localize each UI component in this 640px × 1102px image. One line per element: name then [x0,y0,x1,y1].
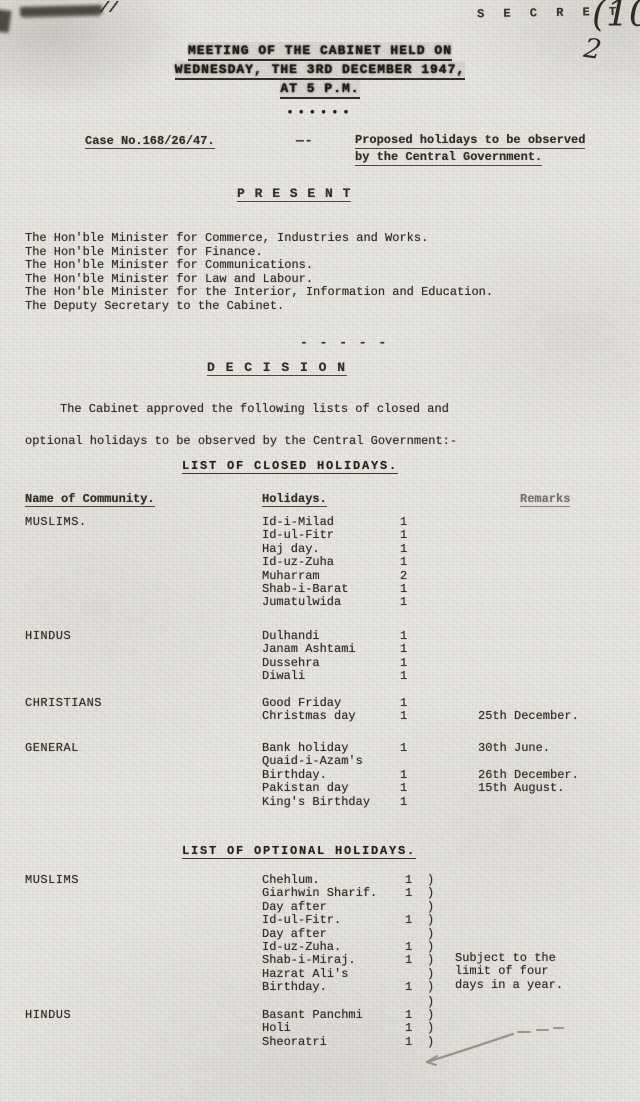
attendee: The Deputy Secretary to the Cabinet. [25,300,493,314]
holiday-count: 1 [405,887,427,900]
attendee: The Hon'ble Minister for Commerce, Indus… [25,232,493,246]
subject-heading: Proposed holidays to be observed by the … [355,132,585,166]
table-row: Id-ul-Fitr.1) [262,914,637,927]
ink-blob [0,9,11,33]
holiday-count: 1 [405,914,427,927]
community-label: CHRISTIANS [25,697,102,710]
column-header-holidays: Holidays. [262,492,327,507]
table-row: Giarhwin Sharif.1) [262,887,637,900]
case-dash: —- [296,133,314,148]
decision-paragraph-line-1: The Cabinet approved the following lists… [60,402,449,416]
holiday-count: 1 [400,556,430,569]
table-row: Pakistan day115th August. [262,782,637,795]
holiday-rows: Chehlum.1) Giarhwin Sharif.1) Day after)… [262,874,637,995]
holiday-remark: 30th June. [430,742,550,755]
attendee: The Hon'ble Minister for the Interior, I… [25,286,493,300]
table-row: Diwali1 [262,670,637,683]
holiday-name: Jumatulwida [262,596,400,609]
holiday-rows: Id-i-Milad1 Id-ul-Fitr1 Haj day.1 Id-uz-… [262,516,637,610]
holiday-name: Holi [262,1022,405,1035]
table-row: Id-ul-Fitr1 [262,529,637,542]
holiday-count: 1 [400,670,430,683]
separator-dashes: - - - - - [300,335,388,350]
document-title: MEETING OF THE CABINET HELD ON WEDNESDAY… [0,42,640,99]
decision-paragraph-line-2: optional holidays to be observed by the … [25,434,457,448]
table-row: Dussehra1 [262,657,637,670]
table-row: Christmas day125th December. [262,710,637,723]
community-label: MUSLIMS. [25,516,87,529]
holiday-name: Janam Ashtami [262,643,400,656]
community-label: GENERAL [25,742,79,755]
holiday-rows: Good Friday1 Christmas day125th December… [262,697,637,724]
brace: ) [427,954,443,967]
title-line-2: WEDNESDAY, THE 3RD DECEMBER 1947, [175,61,465,80]
table-row: Id-uz-Zuha1 [262,556,637,569]
holiday-name: Birthday. [262,981,405,994]
closed-group-muslims: MUSLIMS. Id-i-Milad1 Id-ul-Fitr1 Haj day… [25,516,637,610]
attendee-list: The Hon'ble Minister for Commerce, Indus… [25,232,493,313]
holiday-name: King's Birthday [262,796,400,809]
separator-dots: •••••• [0,106,640,120]
community-label: HINDUS [25,1009,71,1022]
holiday-remark: 25th December. [430,710,579,723]
optional-holidays-title: LIST OF OPTIONAL HOLIDAYS. [182,844,416,859]
holiday-name: Christmas day [262,710,400,723]
attendee: The Hon'ble Minister for Law and Labour. [25,273,493,287]
subject-line-2: by the Central Government. [355,149,542,166]
table-row: Birthday.1) [262,981,637,994]
holiday-count: 1 [400,710,430,723]
brace: ) [427,981,443,994]
holiday-name: Id-ul-Fitr. [262,914,405,927]
slash-mark: // [100,0,118,17]
decision-heading: D E C I S I O N [207,360,347,376]
brace: ) [427,995,434,1009]
holiday-rows: Bank holiday130th June. Quaid-i-Azam's B… [262,742,637,809]
table-row: Shab-i-Miraj.1) [262,954,637,967]
holiday-count: 1 [405,954,427,967]
holiday-name: Diwali [262,670,400,683]
holiday-name: Sheoratri [262,1036,405,1049]
document-page: // S E C R E T (10 2 MEETING OF THE CABI… [0,0,640,1102]
holiday-count: 1 [400,796,430,809]
note-line-3: days in a year. [455,979,563,992]
table-row: Jumatulwida1 [262,596,637,609]
holiday-rows: Dulhandi1 Janam Ashtami1 Dussehra1 Diwal… [262,630,637,684]
column-header-remarks: Remarks [520,492,570,507]
holiday-count: 1 [405,981,427,994]
table-row: Janam Ashtami1 [262,643,637,656]
holiday-name: Id-ul-Fitr [262,529,400,542]
note-line-2: limit of four [455,965,563,978]
closed-group-christians: CHRISTIANS Good Friday1 Christmas day125… [25,697,637,724]
closed-group-general: GENERAL Bank holiday130th June. Quaid-i-… [25,742,637,809]
closed-group-hindus: HINDUS Dulhandi1 Janam Ashtami1 Dussehra… [25,630,637,684]
brace: ) [427,914,443,927]
present-heading: P R E S E N T [237,186,351,202]
subject-line-1: Proposed holidays to be observed [355,132,585,149]
holiday-count: 1 [400,782,430,795]
table-row: Quaid-i-Azam's [262,755,637,768]
holiday-name: Quaid-i-Azam's [262,755,400,768]
holiday-name: Pakistan day [262,782,400,795]
holiday-name: Giarhwin Sharif. [262,887,405,900]
column-header-community: Name of Community. [25,492,155,507]
case-number: Case No.168/26/47. [85,134,215,149]
holiday-name: Shab-i-Miraj. [262,954,405,967]
title-line-1: MEETING OF THE CABINET HELD ON [188,42,452,61]
holiday-count: 1 [400,643,430,656]
closed-holidays-title: LIST OF CLOSED HOLIDAYS. [182,459,398,474]
holiday-count: 1 [400,596,430,609]
community-label: MUSLIMS [25,874,79,887]
pencil-arrow-mark [395,1012,580,1074]
subject-to-limit-note: Subject to the limit of four days in a y… [455,952,563,992]
holiday-count: 1 [400,742,430,755]
handwritten-page-number: (10 [592,0,640,35]
attendee: The Hon'ble Minister for Communications. [25,259,493,273]
community-label: HINDUS [25,630,71,643]
smudged-stamp [20,5,102,16]
holiday-name: Id-uz-Zuha [262,556,400,569]
holiday-count: 1 [400,529,430,542]
title-line-3: AT 5 P.M. [280,80,359,99]
table-row: King's Birthday1 [262,796,637,809]
brace: ) [427,887,443,900]
holiday-remark: 15th August. [430,782,564,795]
attendee: The Hon'ble Minister for Finance. [25,246,493,260]
